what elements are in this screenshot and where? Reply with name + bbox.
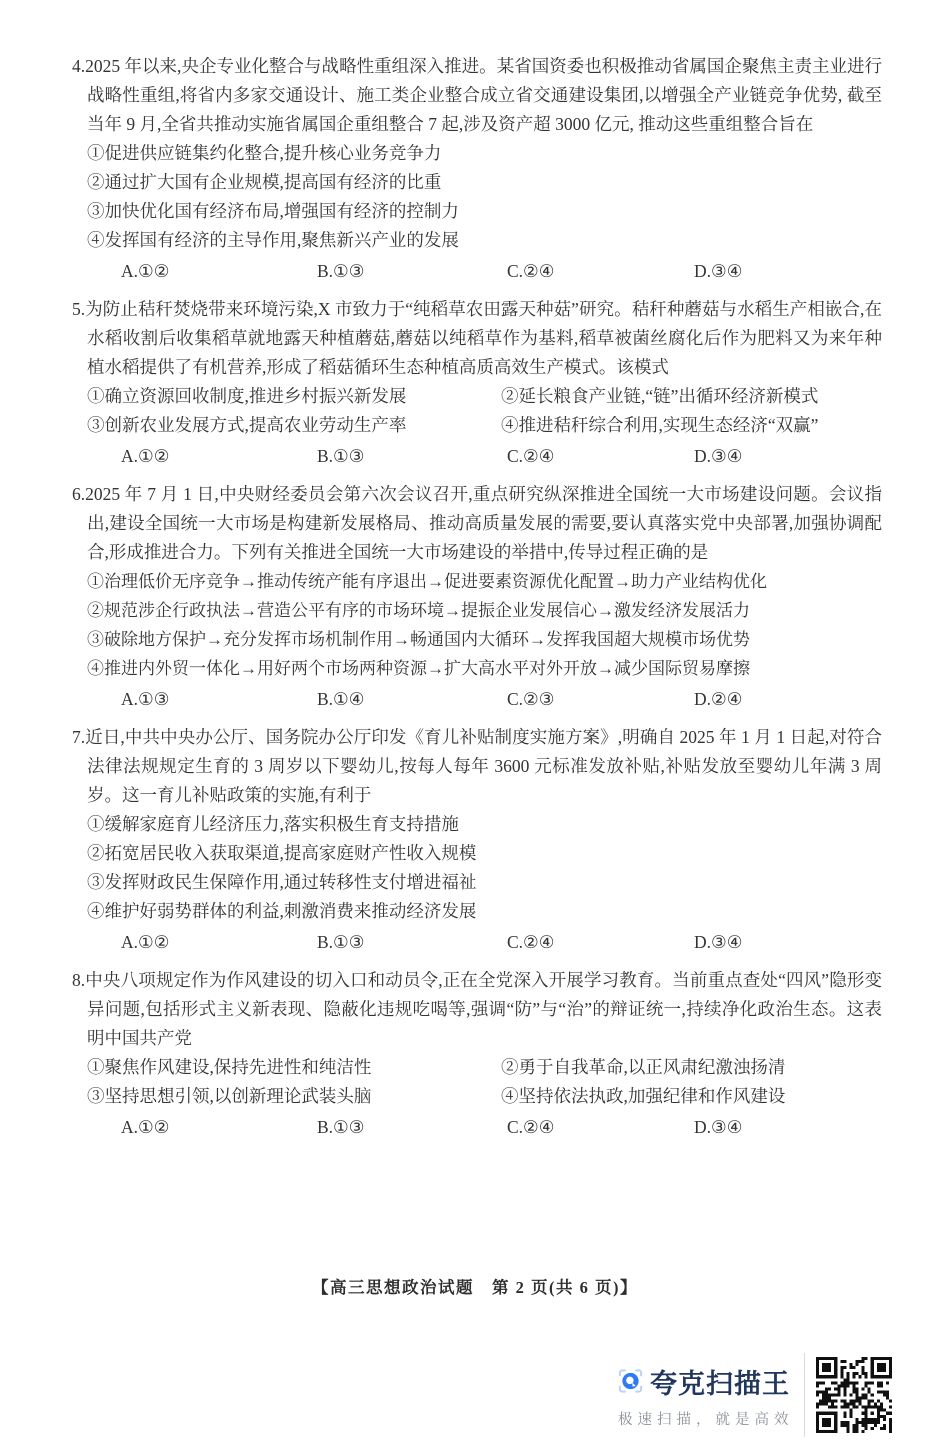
answer-d: D.②④ xyxy=(694,685,882,714)
option-line: ①缓解家庭育儿经济压力,落实积极生育支持措施 xyxy=(72,810,882,839)
answer-c: C.②④ xyxy=(507,257,694,286)
answer-choices: A.①② B.①③ C.②④ D.③④ xyxy=(72,1113,882,1142)
answer-choices: A.①② B.①③ C.②④ D.③④ xyxy=(72,442,882,471)
answer-a: A.①③ xyxy=(121,685,317,714)
answer-c: C.②③ xyxy=(507,685,694,714)
option-line: ①确立资源回收制度,推进乡村振兴新发展 xyxy=(87,382,501,411)
answer-d: D.③④ xyxy=(694,928,882,957)
question-8: 8.中央八项规定作为作风建设的切入口和动员令,正在全党深入开展学习教育。当前重点… xyxy=(72,966,882,1142)
option-line: ②规范涉企行政执法→营造公平有序的市场环境→提振企业发展信心→激发经济发展活力 xyxy=(72,596,882,625)
option-line: ③发挥财政民生保障作用,通过转移性支付增进福祉 xyxy=(72,868,882,897)
question-number: 6. xyxy=(72,484,85,504)
answer-a: A.①② xyxy=(121,1113,317,1142)
brand-tagline: 极速扫描，就是高效 xyxy=(618,1408,790,1429)
qr-code xyxy=(816,1357,892,1433)
answer-a: A.①② xyxy=(121,442,317,471)
answer-choices: A.①③ B.①④ C.②③ D.②④ xyxy=(72,685,882,714)
option-line: ④维护好弱势群体的利益,刺激消费来推动经济发展 xyxy=(72,897,882,926)
option-line: ①治理低价无序竞争→推动传统产能有序退出→促进要素资源优化配置→助力产业结构优化 xyxy=(72,567,882,596)
answer-c: C.②④ xyxy=(507,928,694,957)
answer-b: B.①③ xyxy=(317,257,507,286)
scanner-branding: 夸克扫描王 极速扫描，就是高效 xyxy=(618,1350,892,1440)
option-line: ②通过扩大国有企业规模,提高国有经济的比重 xyxy=(72,168,882,197)
question-7: 7.近日,中共中央办公厅、国务院办公厅印发《育儿补贴制度实施方案》,明确自 20… xyxy=(72,723,882,957)
question-4: 4.2025 年以来,央企专业化整合与战略性重组深入推进。某省国资委也积极推动省… xyxy=(72,52,882,286)
question-stem: 4.2025 年以来,央企专业化整合与战略性重组深入推进。某省国资委也积极推动省… xyxy=(72,52,882,139)
option-line: ②拓宽居民收入获取渠道,提高家庭财产性收入规模 xyxy=(72,839,882,868)
question-stem: 8.中央八项规定作为作风建设的切入口和动员令,正在全党深入开展学习教育。当前重点… xyxy=(72,966,882,1053)
answer-b: B.①④ xyxy=(317,685,507,714)
answer-choices: A.①② B.①③ C.②④ D.③④ xyxy=(72,928,882,957)
option-line: ①聚焦作风建设,保持先进性和纯洁性 xyxy=(87,1053,501,1082)
answer-choices: A.①② B.①③ C.②④ D.③④ xyxy=(72,257,882,286)
option-line: ②勇于自我革命,以正风肃纪激浊扬清 xyxy=(501,1053,882,1082)
brand-text-block: 夸克扫描王 极速扫描，就是高效 xyxy=(618,1361,790,1429)
page-footer: 【高三思想政治试题 第 2 页(共 6 页)】 xyxy=(0,1274,950,1298)
question-number: 5. xyxy=(72,299,85,319)
option-line: ④推进秸秆综合利用,实现生态经济“双赢” xyxy=(501,411,882,440)
answer-d: D.③④ xyxy=(694,257,882,286)
answer-b: B.①③ xyxy=(317,928,507,957)
answer-a: A.①② xyxy=(121,257,317,286)
question-stem: 6.2025 年 7 月 1 日,中央财经委员会第六次会议召开,重点研究纵深推进… xyxy=(72,480,882,567)
option-line: ②延长粮食产业链,“链”出循环经济新模式 xyxy=(501,382,882,411)
option-line: ④发挥国有经济的主导作用,聚焦新兴产业的发展 xyxy=(72,226,882,255)
question-number: 7. xyxy=(72,727,85,747)
option-line: ③创新农业发展方式,提高农业劳动生产率 xyxy=(87,411,501,440)
option-line: ④推进内外贸一体化→用好两个市场两种资源→扩大高水平对外开放→减少国际贸易摩擦 xyxy=(72,654,882,683)
option-line: ①促进供应链集约化整合,提升核心业务竞争力 xyxy=(72,139,882,168)
answer-c: C.②④ xyxy=(507,1113,694,1142)
option-line: ③加快优化国有经济布局,增强国有经济的控制力 xyxy=(72,197,882,226)
exam-page-content: 4.2025 年以来,央企专业化整合与战略性重组深入推进。某省国资委也积极推动省… xyxy=(72,52,882,1151)
question-text: 为防止秸秆焚烧带来环境污染,X 市致力于“纯稻草农田露天种菇”研究。秸秆种蘑菇与… xyxy=(85,299,882,377)
option-grid: ①聚焦作风建设,保持先进性和纯洁性 ②勇于自我革命,以正风肃纪激浊扬清 ③坚持思… xyxy=(72,1053,882,1111)
option-line: ③坚持思想引领,以创新理论武装头脑 xyxy=(87,1082,501,1111)
answer-a: A.①② xyxy=(121,928,317,957)
question-text: 2025 年 7 月 1 日,中央财经委员会第六次会议召开,重点研究纵深推进全国… xyxy=(85,484,882,562)
option-line: ④坚持依法执政,加强纪律和作风建设 xyxy=(501,1082,882,1111)
question-stem: 7.近日,中共中央办公厅、国务院办公厅印发《育儿补贴制度实施方案》,明确自 20… xyxy=(72,723,882,810)
question-number: 8. xyxy=(72,970,85,990)
question-text: 2025 年以来,央企专业化整合与战略性重组深入推进。某省国资委也积极推动省属国… xyxy=(85,56,882,134)
quark-logo-icon xyxy=(618,1361,643,1401)
question-text: 近日,中共中央办公厅、国务院办公厅印发《育儿补贴制度实施方案》,明确自 2025… xyxy=(85,727,882,805)
option-grid: ①确立资源回收制度,推进乡村振兴新发展 ②延长粮食产业链,“链”出循环经济新模式… xyxy=(72,382,882,440)
answer-b: B.①③ xyxy=(317,442,507,471)
answer-c: C.②④ xyxy=(507,442,694,471)
option-line: ③破除地方保护→充分发挥市场机制作用→畅通国内大循环→发挥我国超大规模市场优势 xyxy=(72,625,882,654)
question-text: 中央八项规定作为作风建设的切入口和动员令,正在全党深入开展学习教育。当前重点查处… xyxy=(85,970,882,1048)
question-stem: 5.为防止秸秆焚烧带来环境污染,X 市致力于“纯稻草农田露天种菇”研究。秸秆种蘑… xyxy=(72,295,882,382)
answer-b: B.①③ xyxy=(317,1113,507,1142)
answer-d: D.③④ xyxy=(694,1113,882,1142)
question-6: 6.2025 年 7 月 1 日,中央财经委员会第六次会议召开,重点研究纵深推进… xyxy=(72,480,882,714)
divider xyxy=(804,1353,805,1437)
answer-d: D.③④ xyxy=(694,442,882,471)
brand-name: 夸克扫描王 xyxy=(650,1362,790,1401)
question-number: 4. xyxy=(72,56,85,76)
question-5: 5.为防止秸秆焚烧带来环境污染,X 市致力于“纯稻草农田露天种菇”研究。秸秆种蘑… xyxy=(72,295,882,471)
